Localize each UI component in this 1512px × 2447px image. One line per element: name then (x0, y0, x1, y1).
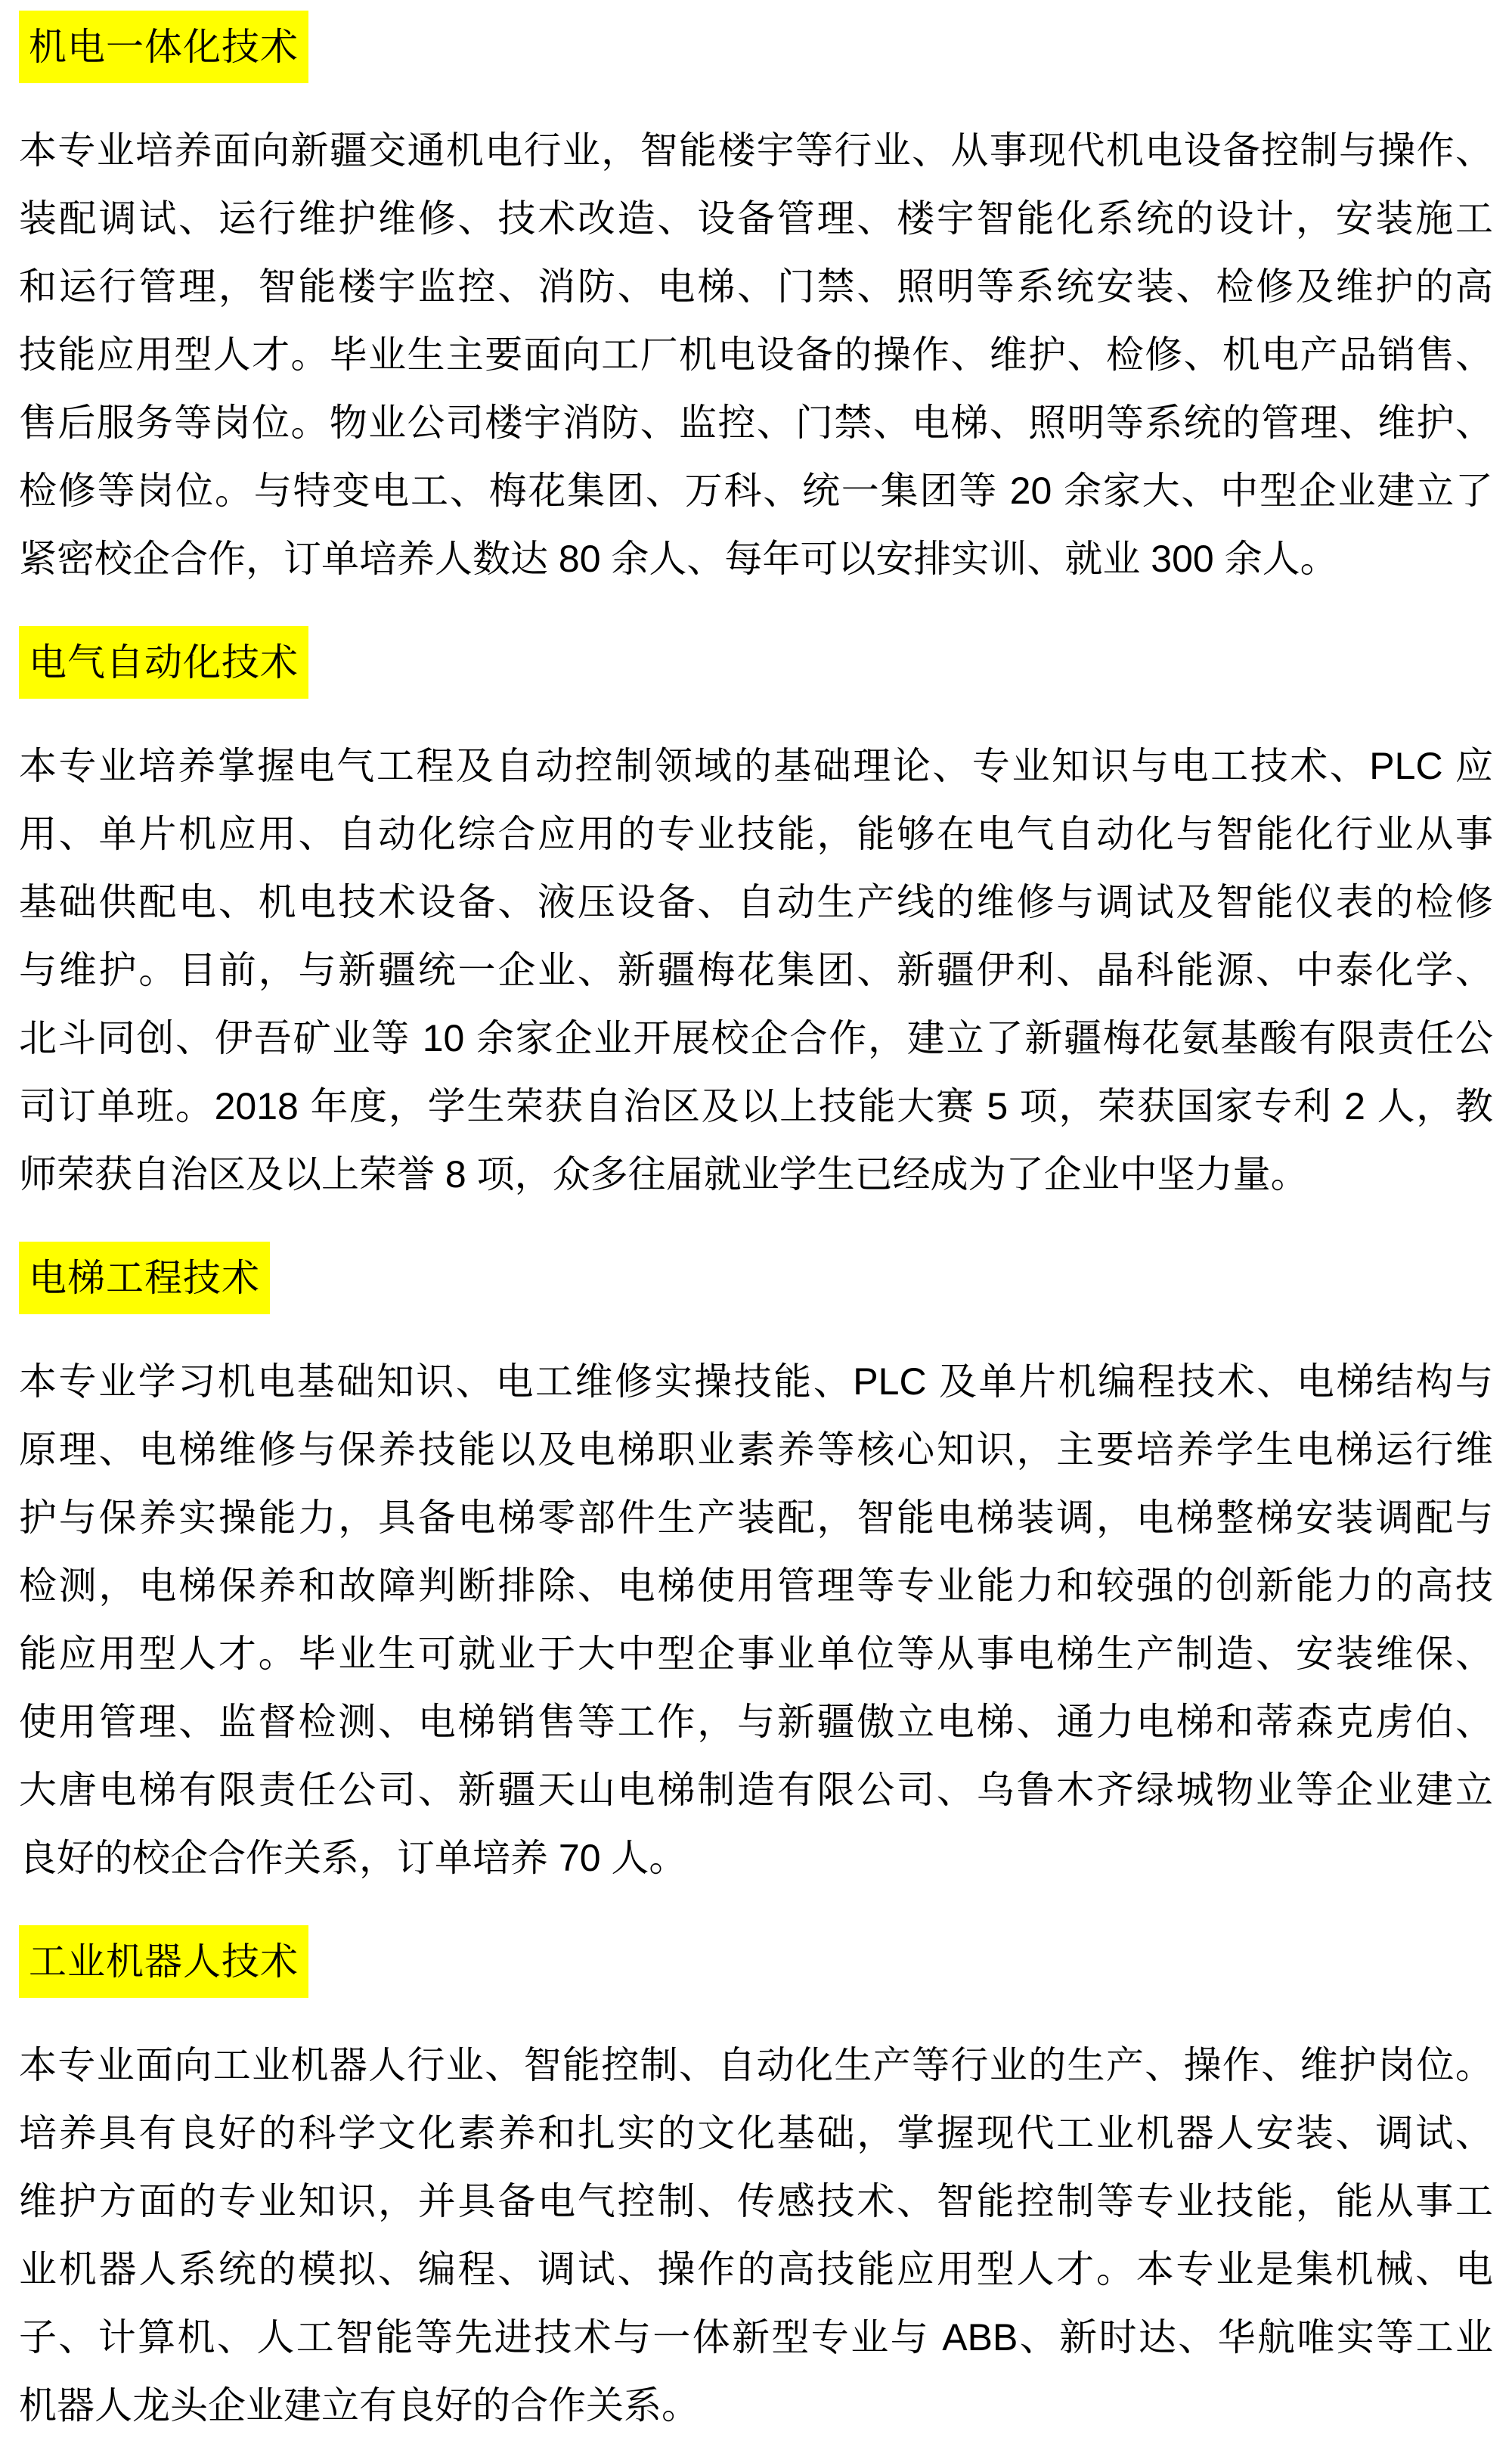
section-mechatronics-technology: 机电一体化技术 本专业培养面向新疆交通机电行业，智能楼宇等行业、从事现代机电设备… (19, 11, 1493, 593)
paragraph-line: 原理、电梯维修与保养技能以及电梯职业素养等核心知识，主要培养学生电梯运行维 (19, 1416, 1493, 1484)
paragraph-line: 师荣获自治区及以上荣誉 8 项，众多往届就业学生已经成为了企业中坚力量。 (19, 1140, 1493, 1208)
section-paragraph: 本专业学习机电基础知识、电工维修实操技能、PLC 及单片机编程技术、电梯结构与原… (19, 1348, 1493, 1892)
section-industrial-robot-technology: 工业机器人技术 本专业面向工业机器人行业、智能控制、自动化生产等行业的生产、操作… (19, 1925, 1493, 2439)
section-paragraph: 本专业面向工业机器人行业、智能控制、自动化生产等行业的生产、操作、维护岗位。培养… (19, 2031, 1493, 2439)
paragraph-line: 本专业培养掌握电气工程及自动控制领域的基础理论、专业知识与电工技术、PLC 应 (19, 732, 1493, 800)
section-title-highlighted: 电梯工程技术 (19, 1242, 270, 1314)
paragraph-line: 机器人龙头企业建立有良好的合作关系。 (19, 2371, 1493, 2439)
paragraph-line: 北斗同创、伊吾矿业等 10 余家企业开展校企合作，建立了新疆梅花氨基酸有限责任公 (19, 1004, 1493, 1072)
section-title-highlighted: 电气自动化技术 (19, 626, 308, 699)
paragraph-line: 良好的校企合作关系，订单培养 70 人。 (19, 1824, 1493, 1892)
paragraph-line: 基础供配电、机电技术设备、液压设备、自动生产线的维修与调试及智能仪表的检修 (19, 868, 1493, 936)
document-page: 机电一体化技术 本专业培养面向新疆交通机电行业，智能楼宇等行业、从事现代机电设备… (0, 0, 1512, 2447)
paragraph-line: 与维护。目前，与新疆统一企业、新疆梅花集团、新疆伊利、晶科能源、中泰化学、 (19, 936, 1493, 1004)
paragraph-line: 护与保养实操能力，具备电梯零部件生产装配，智能电梯装调，电梯整梯安装调配与 (19, 1484, 1493, 1552)
paragraph-line: 大唐电梯有限责任公司、新疆天山电梯制造有限公司、乌鲁木齐绿城物业等企业建立 (19, 1756, 1493, 1824)
section-title-highlighted: 机电一体化技术 (19, 11, 308, 83)
section-paragraph: 本专业培养面向新疆交通机电行业，智能楼宇等行业、从事现代机电设备控制与操作、装配… (19, 116, 1493, 593)
section-elevator-engineering-technology: 电梯工程技术 本专业学习机电基础知识、电工维修实操技能、PLC 及单片机编程技术… (19, 1242, 1493, 1892)
paragraph-line: 售后服务等岗位。物业公司楼宇消防、监控、门禁、电梯、照明等系统的管理、维护、 (19, 389, 1493, 457)
paragraph-line: 能应用型人才。毕业生可就业于大中型企事业单位等从事电梯生产制造、安装维保、 (19, 1620, 1493, 1688)
section-electrical-automation-technology: 电气自动化技术 本专业培养掌握电气工程及自动控制领域的基础理论、专业知识与电工技… (19, 626, 1493, 1208)
section-title-highlighted: 工业机器人技术 (19, 1925, 308, 1998)
paragraph-line: 检修等岗位。与特变电工、梅花集团、万科、统一集团等 20 余家大、中型企业建立了 (19, 457, 1493, 525)
paragraph-line: 本专业培养面向新疆交通机电行业，智能楼宇等行业、从事现代机电设备控制与操作、 (19, 116, 1493, 185)
paragraph-line: 本专业学习机电基础知识、电工维修实操技能、PLC 及单片机编程技术、电梯结构与 (19, 1348, 1493, 1416)
paragraph-line: 技能应用型人才。毕业生主要面向工厂机电设备的操作、维护、检修、机电产品销售、 (19, 321, 1493, 389)
paragraph-line: 司订单班。2018 年度，学生荣获自治区及以上技能大赛 5 项，荣获国家专利 2… (19, 1072, 1493, 1140)
paragraph-line: 检测，电梯保养和故障判断排除、电梯使用管理等专业能力和较强的创新能力的高技 (19, 1552, 1493, 1620)
paragraph-line: 培养具有良好的科学文化素养和扎实的文化基础，掌握现代工业机器人安装、调试、 (19, 2099, 1493, 2167)
paragraph-line: 紧密校企合作，订单培养人数达 80 余人、每年可以安排实训、就业 300 余人。 (19, 525, 1493, 593)
paragraph-line: 本专业面向工业机器人行业、智能控制、自动化生产等行业的生产、操作、维护岗位。 (19, 2031, 1493, 2099)
paragraph-line: 子、计算机、人工智能等先进技术与一体新型专业与 ABB、新时达、华航唯实等工业 (19, 2303, 1493, 2371)
paragraph-line: 和运行管理，智能楼宇监控、消防、电梯、门禁、照明等系统安装、检修及维护的高 (19, 253, 1493, 321)
paragraph-line: 业机器人系统的模拟、编程、调试、操作的高技能应用型人才。本专业是集机械、电 (19, 2235, 1493, 2303)
paragraph-line: 维护方面的专业知识，并具备电气控制、传感技术、智能控制等专业技能，能从事工 (19, 2167, 1493, 2235)
paragraph-line: 使用管理、监督检测、电梯销售等工作，与新疆傲立电梯、通力电梯和蒂森克虏伯、 (19, 1688, 1493, 1756)
section-paragraph: 本专业培养掌握电气工程及自动控制领域的基础理论、专业知识与电工技术、PLC 应用… (19, 732, 1493, 1208)
paragraph-line: 用、单片机应用、自动化综合应用的专业技能，能够在电气自动化与智能化行业从事 (19, 800, 1493, 868)
paragraph-line: 装配调试、运行维护维修、技术改造、设备管理、楼宇智能化系统的设计，安装施工 (19, 185, 1493, 253)
